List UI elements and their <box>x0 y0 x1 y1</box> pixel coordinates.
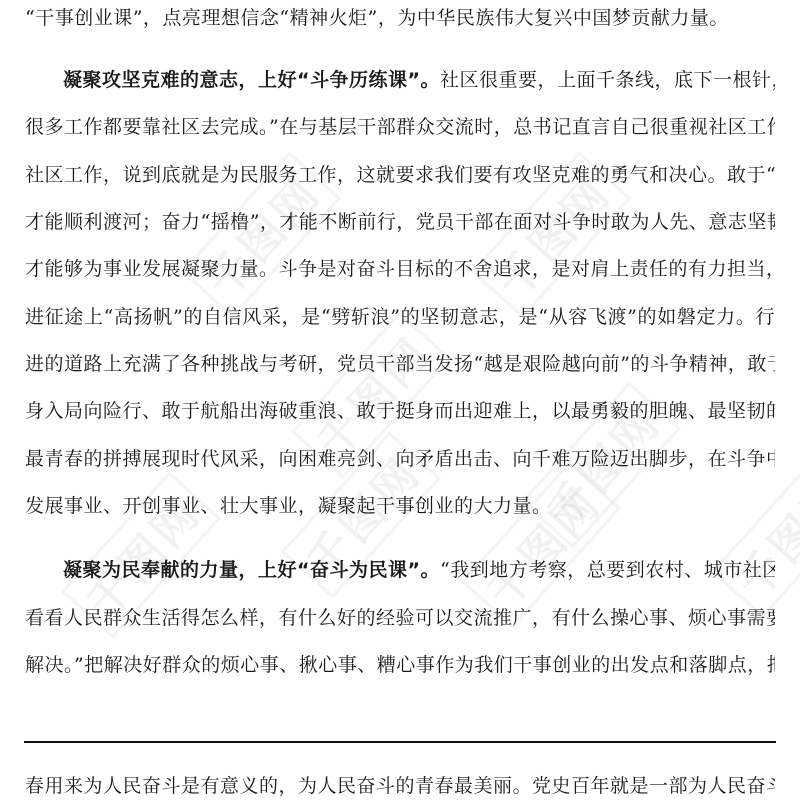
paragraph-heading: 凝聚攻坚克难的意志，上好“斗争历练课”。 <box>63 69 440 91</box>
paragraph-line: 最青春的拼搏展现时代风采，向困难亮剑、向矛盾出击、向千难万险迈出脚步，在斗争中不… <box>25 446 775 472</box>
watermark-logo: 千图网 <box>711 451 800 618</box>
paragraph-line: 凝聚攻坚克难的意志，上好“斗争历练课”。社区很重要，上面千条线，底下一根针， <box>63 67 775 93</box>
paragraph-line: 社区工作，说到底就是为民服务工作，这就要求我们要有攻坚克难的勇气和决心。敢于“试… <box>25 162 775 188</box>
paragraph-line: 身入局向险行、敢于航船出海破重浪、敢于挺身而出迎难上，以最勇毅的胆魄、最坚韧的意… <box>25 398 775 424</box>
paragraph-line: 看看人民群众生活得怎么样，有什么好的经验可以交流推广，有什么操心事、烦心事需要我… <box>25 605 775 631</box>
paragraph-line: 很多工作都要靠社区去完成。”在与基层干部群众交流时，总书记直言自己很重视社区工作… <box>25 114 775 140</box>
paragraph-line: 进的道路上充满了各种挑战与考研，党员干部当发扬“越是艰险越向前”的斗争精神，敢于… <box>25 351 775 377</box>
paragraph-text: 社区很重要，上面千条线，底下一根针， <box>440 69 775 91</box>
document-page: 千图网 千图网 千图网 千图网 千图网 千图网 千图网 千图网 “干事创业课”，… <box>0 0 800 800</box>
paragraph-line: “干事创业课”，点亮理想信念“精神火炬”，为中华民族伟大复兴中国梦贡献力量。 <box>25 5 775 31</box>
paragraph-line: 凝聚为民奉献的力量，上好“奋斗为民课”。“我到地方考察，总要到农村、城市社区， <box>63 557 775 583</box>
paragraph-line: 发展事业、开创事业、壮大事业，凝聚起干事创业的大力量。 <box>25 493 775 519</box>
paragraph-heading: 凝聚为民奉献的力量，上好“奋斗为民课”。 <box>63 559 440 581</box>
paragraph-line: 才能顺利渡河；奋力“摇橹”，才能不断前行，党员干部在面对斗争时敢为人先、意志坚韧… <box>25 209 775 235</box>
paragraph-line: 解决。”把解决好群众的烦心事、揪心事、糟心事作为我们干事创业的出发点和落脚点，把… <box>25 652 775 678</box>
paragraph-line: 春用来为人民奋斗是有意义的，为人民奋斗的青春最美丽。党史百年就是一部为人民奋斗的… <box>25 773 775 799</box>
watermark-logo: 千图网 <box>461 461 621 628</box>
paragraph-text: “我到地方考察，总要到农村、城市社区， <box>440 559 775 581</box>
paragraph-line: 进征途上“高扬帆”的自信风采，是“劈斩浪”的坚韧意志，是“从容飞渡”的如磐定力。… <box>25 304 775 330</box>
paragraph-line: 才能够为事业发展凝聚力量。斗争是对奋斗目标的不舍追求，是对肩上责任的有力担当，是… <box>25 256 775 282</box>
page-divider <box>24 741 776 743</box>
